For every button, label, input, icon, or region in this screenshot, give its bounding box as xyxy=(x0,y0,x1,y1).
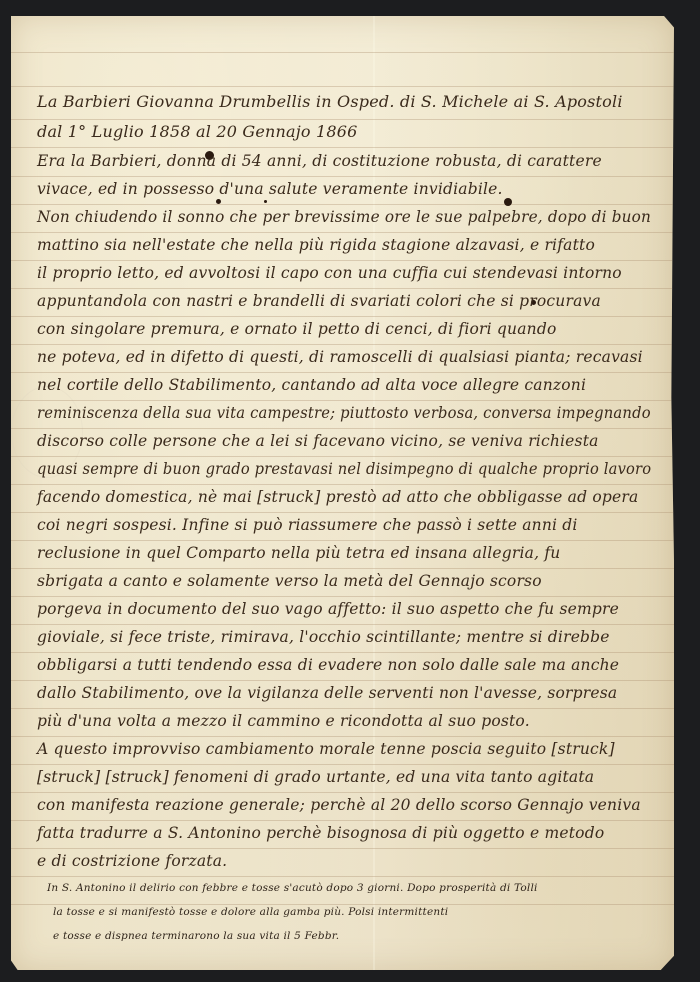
ink-blot xyxy=(264,200,267,203)
ruled-line xyxy=(11,316,674,317)
body-line: fatta tradurre a S. Antonino perchè biso… xyxy=(37,824,604,842)
footnote-line: la tosse e si manifestò tosse e dolore a… xyxy=(53,906,448,918)
body-line: Era la Barbieri, donna di 54 anni, di co… xyxy=(37,152,602,170)
ruled-line xyxy=(11,428,674,429)
ruled-line xyxy=(11,652,674,653)
body-line: gioviale, si fece triste, rimirava, l'oc… xyxy=(37,628,610,646)
body-line: dallo Stabilimento, ove la vigilanza del… xyxy=(37,684,617,702)
body-line: vivace, ed in possesso d'una salute vera… xyxy=(37,180,503,198)
ruled-line xyxy=(11,52,674,53)
manuscript-page: La Barbieri Giovanna Drumbellis in Osped… xyxy=(11,16,674,970)
ruled-line xyxy=(11,820,674,821)
body-line: discorso colle persone che a lei si face… xyxy=(37,432,599,450)
body-line: reminiscenza della sua vita campestre; p… xyxy=(37,404,651,422)
body-line: quasi sempre di buon grado prestavasi ne… xyxy=(37,460,651,478)
body-line: sbrigata a canto e solamente verso la me… xyxy=(37,572,542,590)
body-line: [struck] [struck] fenomeni di grado urta… xyxy=(37,768,594,786)
ruled-line xyxy=(11,288,674,289)
ruled-line xyxy=(11,848,674,849)
body-line: mattino sia nell'estate che nella più ri… xyxy=(37,236,595,254)
footnote-line: e tosse e dispnea terminarono la sua vit… xyxy=(53,930,339,942)
body-line: nel cortile dello Stabilimento, cantando… xyxy=(37,376,586,394)
body-line: porgeva in documento del suo vago affett… xyxy=(37,600,619,618)
ruled-line xyxy=(11,904,674,905)
body-line: ne poteva, ed in difetto di questi, di r… xyxy=(37,348,643,366)
ruled-line xyxy=(11,512,674,513)
ruled-line xyxy=(11,400,674,401)
body-line: A questo improvviso cambiamento morale t… xyxy=(37,740,615,758)
ruled-line xyxy=(11,708,674,709)
ruled-line xyxy=(11,736,674,737)
header-line-2: dal 1° Luglio 1858 al 20 Gennajo 1866 xyxy=(37,122,358,141)
ruled-line xyxy=(11,540,674,541)
ruled-line xyxy=(11,204,674,205)
footnote-line: In S. Antonino il delirio con febbre e t… xyxy=(47,882,538,894)
ruled-line xyxy=(11,876,674,877)
body-line: più d'una volta a mezzo il cammino e ric… xyxy=(37,712,530,730)
ruled-line xyxy=(11,147,674,148)
ruled-line xyxy=(11,119,674,120)
ruled-line xyxy=(11,372,674,373)
ruled-line xyxy=(11,624,674,625)
body-line: con manifesta reazione generale; perchè … xyxy=(37,796,641,814)
ruled-line xyxy=(11,596,674,597)
body-line: il proprio letto, ed avvoltosi il capo c… xyxy=(37,264,622,282)
header-line-1: La Barbieri Giovanna Drumbellis in Osped… xyxy=(37,92,623,111)
body-line: appuntandola con nastri e brandelli di s… xyxy=(37,292,601,310)
body-line: obbligarsi a tutti tendendo essa di evad… xyxy=(37,656,619,674)
body-line: facendo domestica, nè mai [struck] prest… xyxy=(37,488,638,506)
ruled-line xyxy=(11,232,674,233)
ruled-line xyxy=(11,344,674,345)
ruled-line xyxy=(11,86,674,87)
body-line: con singolare premura, e ornato il petto… xyxy=(37,320,557,338)
body-line: e di costrizione forzata. xyxy=(37,852,227,870)
ruled-line xyxy=(11,792,674,793)
ruled-line xyxy=(11,764,674,765)
ruled-line xyxy=(11,456,674,457)
body-line: Non chiudendo il sonno che per brevissim… xyxy=(37,208,651,226)
ruled-line xyxy=(11,680,674,681)
ink-blot xyxy=(504,198,512,206)
scan-frame: La Barbieri Giovanna Drumbellis in Osped… xyxy=(0,0,700,982)
ruled-line xyxy=(11,484,674,485)
ruled-line xyxy=(11,260,674,261)
body-line: reclusione in quel Comparto nella più te… xyxy=(37,544,560,562)
ink-blot xyxy=(216,199,221,204)
ruled-line xyxy=(11,176,674,177)
body-line: coi negri sospesi. Infine si può riassum… xyxy=(37,516,578,534)
ruled-line xyxy=(11,568,674,569)
